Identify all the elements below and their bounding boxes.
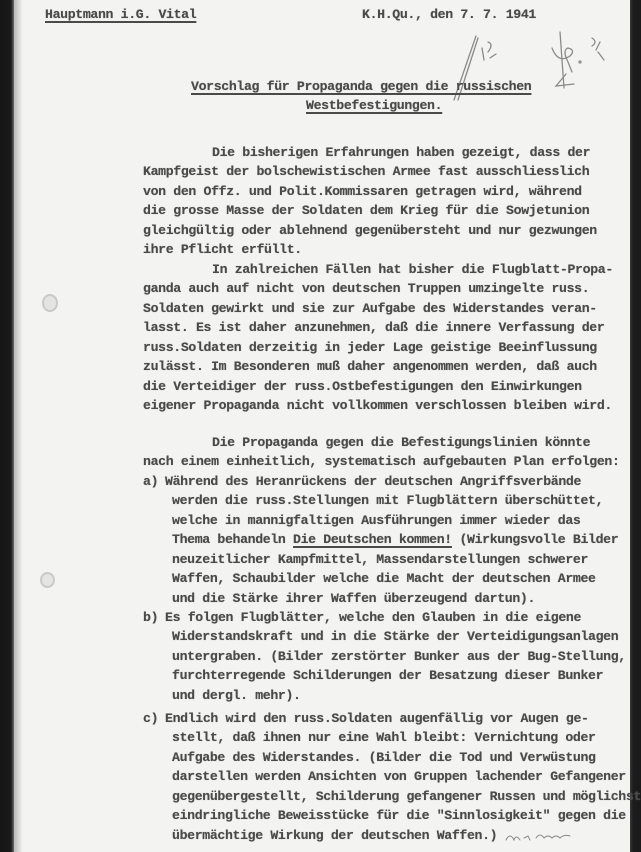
list-item-line: und dergl. mehr). [172, 688, 301, 703]
place-date: K.H.Qu., den 7. 7. 1941 [362, 7, 536, 22]
list-item-line: Widerstandskraft und in die Stärke der V… [172, 629, 618, 644]
paragraph-3-line: Die Propaganda gegen die Befestigungslin… [212, 435, 590, 450]
title-line-1: Vorschlag für Propaganda gegen die russi… [191, 79, 531, 94]
paragraph-1-line: Kampfgeist der bolschewistischen Armee f… [143, 164, 589, 179]
list-item-line: darstellen werden Ansichten von Gruppen … [172, 769, 626, 784]
paragraph-1-line: gleichgültig oder ablehnend gegenüberste… [143, 223, 597, 238]
text-segment: Thema behandeln [172, 532, 293, 547]
list-item-line: und die Stärke ihrer Waffen überzeugend … [172, 591, 535, 606]
list-item-line: Es folgen Flugblätter, welche den Glaube… [165, 610, 581, 625]
paragraph-1-line: Die bisherigen Erfahrungen haben gezeigt… [212, 145, 590, 160]
list-item-line: furchterregende Schilderungen der Besatz… [172, 668, 603, 683]
title-line-2: Westbefestigungen. [306, 98, 442, 113]
list-item-line: neuzeitlicher Kampfmittel, Massendarstel… [172, 552, 588, 567]
list-marker: b) [143, 610, 158, 625]
scan-shadow-left [14, 0, 22, 852]
scan-border-left [0, 0, 14, 852]
punch-hole-icon [40, 572, 55, 588]
paragraph-3-line: nach einem einheitlich, systematisch auf… [143, 454, 620, 469]
paragraph-2-line: russ.Soldaten derzeitig in jeder Lage ge… [143, 340, 597, 355]
list-item-line: eindringliche Beweisstücke für die "Sinn… [172, 808, 626, 823]
emphasis-slogan: Die Deutschen kommen! [293, 532, 452, 547]
scan-border-right [630, 0, 641, 852]
paragraph-1-line: von den Offz. und Polit.Kommissaren getr… [143, 184, 582, 199]
list-marker: c) [143, 711, 158, 726]
list-item-line: gegenübergestellt, Schilderung gefangene… [172, 789, 641, 804]
list-item-line: untergraben. (Bilder zerstörter Bunker a… [172, 649, 626, 664]
list-item-line: Während des Heranrückens der deutschen A… [165, 474, 581, 489]
paragraph-2-line: die Verteidiger der russ.Ostbefestigunge… [143, 379, 582, 394]
paragraph-2-line: zulässt. Im Besonderen muß daher angenom… [143, 359, 597, 374]
text-segment: (Wirkungsvolle Bilder [452, 532, 618, 547]
list-item-line: welche in mannigfaltigen Ausführungen im… [172, 513, 580, 528]
paragraph-2-line: eigener Propaganda nicht vollkommen vers… [143, 398, 612, 413]
list-item-line: Thema behandeln Die Deutschen kommen! (W… [172, 532, 618, 547]
paragraph-2-line: lasst. Es ist daher anzunehmen, daß die … [143, 320, 604, 335]
list-item-line: übermächtige Wirkung der deutschen Waffe… [172, 828, 497, 843]
list-item-line: Endlich wird den russ.Soldaten augenfäll… [165, 711, 589, 726]
handwritten-initials-icon [452, 28, 612, 108]
list-item-line: werden die russ.Stellungen mit Flugblätt… [172, 493, 603, 508]
list-marker: a) [143, 474, 158, 489]
list-item-line: Waffen, Schaubilder welche die Macht der… [172, 571, 596, 586]
list-item-line: Aufgabe des Widerstandes. (Bilder die To… [172, 750, 596, 765]
paragraph-2-line: Soldaten gewirkt und sie zur Aufgabe des… [143, 301, 597, 316]
handwritten-margin-note-icon [504, 828, 574, 846]
paragraph-2-line: ganda auch auf nicht von deutschen Trupp… [143, 281, 589, 296]
paragraph-1-line: ihre Pflicht erfüllt. [143, 242, 302, 257]
paragraph-1-line: die grosse Masse der Soldaten dem Krieg … [143, 203, 589, 218]
punch-hole-icon [42, 294, 58, 312]
list-item-line: stellt, daß ihnen nur eine Wahl bleibt: … [172, 730, 596, 745]
paragraph-2-line: In zahlreichen Fällen hat bisher die Flu… [212, 262, 613, 277]
author-line: Hauptmann i.G. Vital [45, 7, 196, 22]
